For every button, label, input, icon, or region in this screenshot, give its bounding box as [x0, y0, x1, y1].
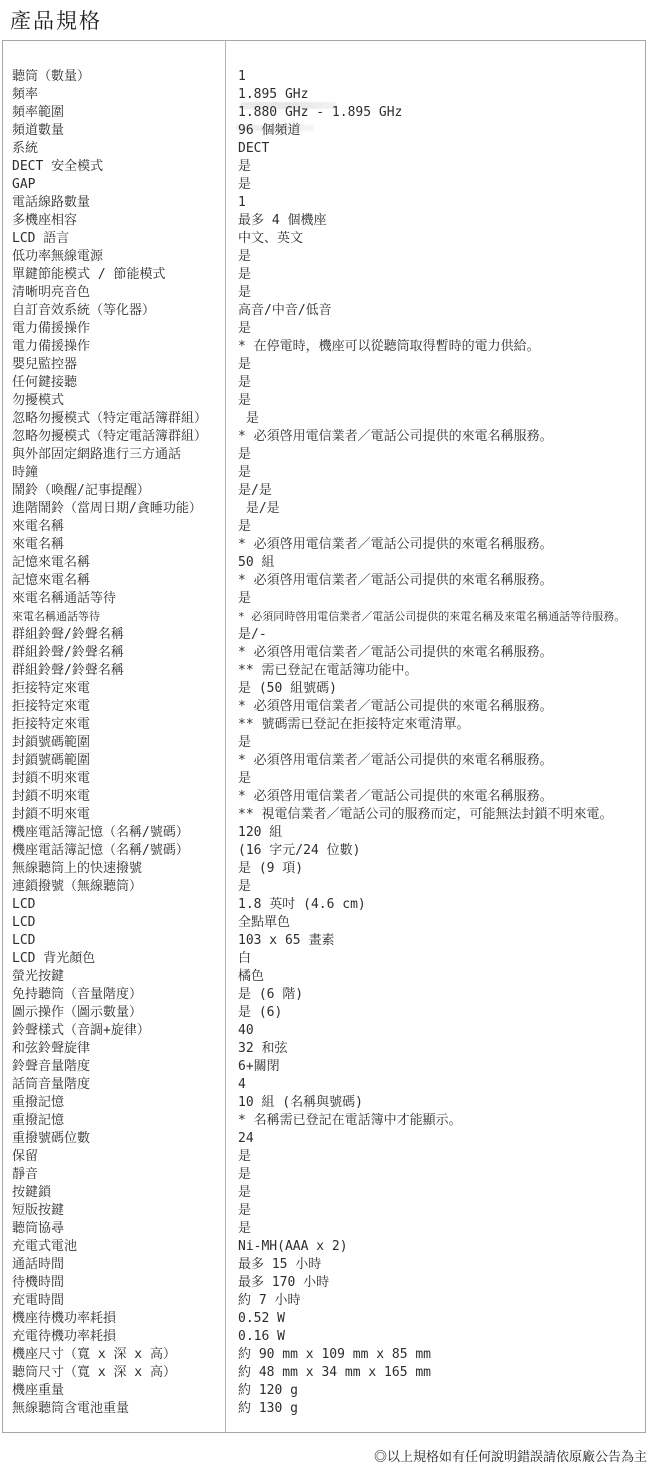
spec-label: 拒接特定來電 — [3, 680, 225, 698]
table-row: 忽略勿擾模式（特定電話簿群組）* 必須啓用電信業者／電話公司提供的來電名稱服務。 — [3, 428, 645, 446]
spec-label: 封鎖不明來電 — [3, 770, 225, 788]
table-row: 自訂音效系統（等化器）高音/中音/低音 — [3, 302, 645, 320]
spec-value: 1 — [225, 68, 645, 86]
spec-label: 系統 — [3, 140, 225, 158]
table-row: 拒接特定來電** 號碼需已登記在拒接特定來電清單。 — [3, 716, 645, 734]
spec-label: 通話時間 — [3, 1256, 225, 1274]
table-row: 和弦鈴聲旋律32 和弦 — [3, 1040, 645, 1058]
table-row: 群組鈴聲/鈴聲名稱** 需已登記在電話簿功能中。 — [3, 662, 645, 680]
spec-label: 充電待機功率耗損 — [3, 1328, 225, 1346]
spec-value: 最多 4 個機座 — [225, 212, 645, 230]
spec-value: 1.895 GHz — [225, 86, 645, 104]
spec-label: LCD — [3, 932, 225, 950]
spec-value: 全點單色 — [225, 914, 645, 932]
spec-value: * 在停電時，機座可以從聽筒取得暫時的電力供給。 — [225, 338, 645, 356]
spec-label: 封鎖不明來電 — [3, 806, 225, 824]
spec-value: 1.880 GHz - 1.895 GHz — [225, 104, 645, 122]
spec-label: 話筒音量階度 — [3, 1076, 225, 1094]
table-row: LCD103 x 65 畫素 — [3, 932, 645, 950]
table-row: 免持聽筒（音量階度）是 (6 階) — [3, 986, 645, 1004]
spec-value: 中文、英文 — [225, 230, 645, 248]
spec-value: 是/是 — [225, 482, 645, 500]
table-row: 電力備援操作* 在停電時，機座可以從聽筒取得暫時的電力供給。 — [3, 338, 645, 356]
spec-value: 24 — [225, 1130, 645, 1148]
table-row: 電話線路數量1 — [3, 194, 645, 212]
spec-label: LCD 語言 — [3, 230, 225, 248]
spec-label: 拒接特定來電 — [3, 698, 225, 716]
table-row: 保留是 — [3, 1148, 645, 1166]
table-row: LCD 背光顏色白 — [3, 950, 645, 968]
table-row: 機座待機功率耗損0.52 W — [3, 1310, 645, 1328]
table-row: 短版按鍵是 — [3, 1202, 645, 1220]
table-row: 通話時間最多 15 小時 — [3, 1256, 645, 1274]
spec-value: 1 — [225, 194, 645, 212]
table-row: 頻率1.895 GHz — [3, 86, 645, 104]
spec-value: 40 — [225, 1022, 645, 1040]
spec-label: 與外部固定網路進行三方通話 — [3, 446, 225, 464]
spec-value: 是 (9 項) — [225, 860, 645, 878]
table-row: 螢光按鍵橘色 — [3, 968, 645, 986]
spec-label: 頻率範圍 — [3, 104, 225, 122]
table-row: 低功率無線電源是 — [3, 248, 645, 266]
spec-label: 頻道數量 — [3, 122, 225, 140]
spec-value: 是 — [225, 1202, 645, 1220]
spec-value: 1.8 英吋 (4.6 cm) — [225, 896, 645, 914]
spec-label: 電力備援操作 — [3, 338, 225, 356]
spec-value: 是 — [225, 464, 645, 482]
table-row: LCD全點單色 — [3, 914, 645, 932]
spec-label: 勿擾模式 — [3, 392, 225, 410]
spec-sheet-page: 產品規格 聽筒（數量）1頻率1.895 GHz頻率範圍1.880 GHz - 1… — [0, 0, 650, 1482]
table-row: 拒接特定來電是 (50 組號碼) — [3, 680, 645, 698]
spec-label: 重撥記憶 — [3, 1094, 225, 1112]
table-row: 靜音是 — [3, 1166, 645, 1184]
spec-label: 機座電話簿記憶（名稱/號碼） — [3, 842, 225, 860]
spec-value: 是 — [225, 734, 645, 752]
spec-value: * 必須啓用電信業者／電話公司提供的來電名稱服務。 — [225, 428, 645, 446]
spec-label: 機座重量 — [3, 1382, 225, 1400]
spec-label: 機座尺寸（寬 x 深 x 高） — [3, 1346, 225, 1364]
table-row: 機座尺寸（寬 x 深 x 高）約 90 mm x 109 mm x 85 mm — [3, 1346, 645, 1364]
spec-value: 約 120 g — [225, 1382, 645, 1400]
spec-value: 6+關閉 — [225, 1058, 645, 1076]
spec-label: 忽略勿擾模式（特定電話簿群組） — [3, 428, 225, 446]
spec-value: 4 — [225, 1076, 645, 1094]
table-row: 聽筒協尋是 — [3, 1220, 645, 1238]
spec-label: 螢光按鍵 — [3, 968, 225, 986]
table-row: 封鎖不明來電* 必須啓用電信業者／電話公司提供的來電名稱服務。 — [3, 788, 645, 806]
spec-label: 群組鈴聲/鈴聲名稱 — [3, 662, 225, 680]
spec-label: 機座待機功率耗損 — [3, 1310, 225, 1328]
spec-value: 最多 170 小時 — [225, 1274, 645, 1292]
spec-value: 是 — [225, 410, 645, 428]
spec-label: 機座電話簿記憶（名稱/號碼） — [3, 824, 225, 842]
table-row: 無線聽筒上的快速撥號是 (9 項) — [3, 860, 645, 878]
table-row: 任何鍵接聽是 — [3, 374, 645, 392]
spec-value: 高音/中音/低音 — [225, 302, 645, 320]
spec-label: 清晰明亮音色 — [3, 284, 225, 302]
spec-label: 待機時間 — [3, 1274, 225, 1292]
spec-value: 50 組 — [225, 554, 645, 572]
table-row: 充電時間約 7 小時 — [3, 1292, 645, 1310]
spec-label: 免持聽筒（音量階度） — [3, 986, 225, 1004]
spec-label: 記憶來電名稱 — [3, 572, 225, 590]
spec-label: 任何鍵接聽 — [3, 374, 225, 392]
spec-value: 是 — [225, 320, 645, 338]
table-row: 連鎖撥號（無線聽筒）是 — [3, 878, 645, 896]
spec-value: 是 — [225, 356, 645, 374]
spec-label: 靜音 — [3, 1166, 225, 1184]
table-row: 多機座相容最多 4 個機座 — [3, 212, 645, 230]
spec-rows: 聽筒（數量）1頻率1.895 GHz頻率範圍1.880 GHz - 1.895 … — [3, 41, 645, 1432]
table-row: 電力備援操作是 — [3, 320, 645, 338]
table-row: 時鐘是 — [3, 464, 645, 482]
spec-label: DECT 安全模式 — [3, 158, 225, 176]
table-row: 鈴聲音量階度6+關閉 — [3, 1058, 645, 1076]
spec-value: 是 — [225, 176, 645, 194]
spec-label: 無線聽筒含電池重量 — [3, 1400, 225, 1418]
table-row: 群組鈴聲/鈴聲名稱是/- — [3, 626, 645, 644]
spec-label: 來電名稱 — [3, 518, 225, 536]
spec-value: 是 — [225, 266, 645, 284]
spec-label: 多機座相容 — [3, 212, 225, 230]
spec-value: * 必須啓用電信業者／電話公司提供的來電名稱服務。 — [225, 752, 645, 770]
spec-label: 鈴聲音量階度 — [3, 1058, 225, 1076]
spec-label: 嬰兒監控器 — [3, 356, 225, 374]
spec-label: 來電名稱 — [3, 536, 225, 554]
table-row: 群組鈴聲/鈴聲名稱* 必須啓用電信業者／電話公司提供的來電名稱服務。 — [3, 644, 645, 662]
spec-value: ** 視電信業者／電話公司的服務而定，可能無法封鎖不明來電。 — [225, 806, 645, 824]
table-row: 機座重量約 120 g — [3, 1382, 645, 1400]
table-row: 封鎖不明來電是 — [3, 770, 645, 788]
table-row: 機座電話簿記憶（名稱/號碼）(16 字元/24 位數) — [3, 842, 645, 860]
spec-value: 是 (50 組號碼) — [225, 680, 645, 698]
spec-value: 約 130 g — [225, 1400, 645, 1418]
table-row: 頻率範圍1.880 GHz - 1.895 GHz — [3, 104, 645, 122]
spec-label: 聽筒協尋 — [3, 1220, 225, 1238]
table-row: 拒接特定來電* 必須啓用電信業者／電話公司提供的來電名稱服務。 — [3, 698, 645, 716]
spec-label: 電力備援操作 — [3, 320, 225, 338]
spec-value: 是 — [225, 1220, 645, 1238]
spec-label: 頻率 — [3, 86, 225, 104]
spec-label: 單鍵節能模式 / 節能模式 — [3, 266, 225, 284]
spec-label: 鈴聲樣式（音調+旋律） — [3, 1022, 225, 1040]
spec-value: 是 (6) — [225, 1004, 645, 1022]
table-row: 勿擾模式是 — [3, 392, 645, 410]
spec-label: 封鎖號碼範圍 — [3, 752, 225, 770]
table-row: 待機時間最多 170 小時 — [3, 1274, 645, 1292]
spec-value: 96 個頻道 — [225, 122, 645, 140]
table-row: 重撥記憶10 組 (名稱與號碼) — [3, 1094, 645, 1112]
table-row: 重撥號碼位數24 — [3, 1130, 645, 1148]
table-row: 封鎖號碼範圍是 — [3, 734, 645, 752]
spec-label: 記憶來電名稱 — [3, 554, 225, 572]
spec-value: * 必須啓用電信業者／電話公司提供的來電名稱服務。 — [225, 572, 645, 590]
table-row: GAP是 — [3, 176, 645, 194]
spec-label: 自訂音效系統（等化器） — [3, 302, 225, 320]
spec-label: 來電名稱通話等待 — [3, 590, 225, 608]
spec-label: 忽略勿擾模式（特定電話簿群組） — [3, 410, 225, 428]
spec-value: 橘色 — [225, 968, 645, 986]
spec-value: * 必須啓用電信業者／電話公司提供的來電名稱服務。 — [225, 536, 645, 554]
spec-value: * 必須同時啓用電信業者／電話公司提供的來電名稱及來電名稱通話等待服務。 — [225, 608, 645, 626]
spec-value: 是/- — [225, 626, 645, 644]
table-row: 鈴聲樣式（音調+旋律）40 — [3, 1022, 645, 1040]
table-row: 記憶來電名稱50 組 — [3, 554, 645, 572]
spec-value: 最多 15 小時 — [225, 1256, 645, 1274]
table-row: 進階鬧鈴（當周日期/貪睡功能） 是/是 — [3, 500, 645, 518]
table-row: 來電名稱是 — [3, 518, 645, 536]
spec-value: 是 (6 階) — [225, 986, 645, 1004]
table-row: LCD1.8 英吋 (4.6 cm) — [3, 896, 645, 914]
spec-value: 約 90 mm x 109 mm x 85 mm — [225, 1346, 645, 1364]
spec-label: 連鎖撥號（無線聽筒） — [3, 878, 225, 896]
table-row: 充電待機功率耗損0.16 W — [3, 1328, 645, 1346]
table-row: 來電名稱通話等待是 — [3, 590, 645, 608]
spec-label: 充電式電池 — [3, 1238, 225, 1256]
spec-value: 是 — [225, 878, 645, 896]
table-row: 鬧鈴（喚醒/記事提醒）是/是 — [3, 482, 645, 500]
spec-label: LCD — [3, 914, 225, 932]
spec-label: 充電時間 — [3, 1292, 225, 1310]
spec-label: 和弦鈴聲旋律 — [3, 1040, 225, 1058]
spec-table: 聽筒（數量）1頻率1.895 GHz頻率範圍1.880 GHz - 1.895 … — [2, 40, 646, 1433]
table-row: LCD 語言中文、英文 — [3, 230, 645, 248]
table-row: 與外部固定網路進行三方通話是 — [3, 446, 645, 464]
spec-label: 群組鈴聲/鈴聲名稱 — [3, 644, 225, 662]
table-row: 封鎖不明來電** 視電信業者／電話公司的服務而定，可能無法封鎖不明來電。 — [3, 806, 645, 824]
spec-label: 低功率無線電源 — [3, 248, 225, 266]
table-row: 忽略勿擾模式（特定電話簿群組） 是 — [3, 410, 645, 428]
spec-label: 進階鬧鈴（當周日期/貪睡功能） — [3, 500, 225, 518]
spec-value: Ni-MH(AAA x 2) — [225, 1238, 645, 1256]
spec-label: 圖示操作（圖示數量） — [3, 1004, 225, 1022]
spec-value: 是 — [225, 770, 645, 788]
spec-label: 電話線路數量 — [3, 194, 225, 212]
spec-value: 0.52 W — [225, 1310, 645, 1328]
spec-label: 聽筒（數量） — [3, 68, 225, 86]
spec-value: 是 — [225, 446, 645, 464]
spec-label: 鬧鈴（喚醒/記事提醒） — [3, 482, 225, 500]
spec-label: LCD — [3, 896, 225, 914]
table-row: 來電名稱* 必須啓用電信業者／電話公司提供的來電名稱服務。 — [3, 536, 645, 554]
spec-value: ** 需已登記在電話簿功能中。 — [225, 662, 645, 680]
table-row: 來電名稱通話等待* 必須同時啓用電信業者／電話公司提供的來電名稱及來電名稱通話等… — [3, 608, 645, 626]
spec-value: 是 — [225, 518, 645, 536]
table-row: 機座電話簿記憶（名稱/號碼）120 組 — [3, 824, 645, 842]
spec-label: 保留 — [3, 1148, 225, 1166]
spec-value: 是 — [225, 392, 645, 410]
spec-value: 是 — [225, 1148, 645, 1166]
spec-value: * 必須啓用電信業者／電話公司提供的來電名稱服務。 — [225, 788, 645, 806]
spec-label: 重撥號碼位數 — [3, 1130, 225, 1148]
spec-label: 時鐘 — [3, 464, 225, 482]
spec-label: 拒接特定來電 — [3, 716, 225, 734]
spec-label: 來電名稱通話等待 — [3, 608, 225, 626]
table-row: 無線聽筒含電池重量約 130 g — [3, 1400, 645, 1418]
spec-value: 10 組 (名稱與號碼) — [225, 1094, 645, 1112]
table-row: 充電式電池Ni-MH(AAA x 2) — [3, 1238, 645, 1256]
spec-value: 32 和弦 — [225, 1040, 645, 1058]
spec-value: 是 — [225, 248, 645, 266]
spec-label: 短版按鍵 — [3, 1202, 225, 1220]
table-row: 系統DECT — [3, 140, 645, 158]
spec-value: 是 — [225, 158, 645, 176]
spec-label: 聽筒尺寸（寬 x 深 x 高） — [3, 1364, 225, 1382]
spec-value: (16 字元/24 位數) — [225, 842, 645, 860]
spec-label: 封鎖號碼範圍 — [3, 734, 225, 752]
spec-value: 約 7 小時 — [225, 1292, 645, 1310]
spec-label: LCD 背光顏色 — [3, 950, 225, 968]
spec-value: 是/是 — [225, 500, 645, 518]
table-row: 記憶來電名稱* 必須啓用電信業者／電話公司提供的來電名稱服務。 — [3, 572, 645, 590]
table-row: 話筒音量階度4 — [3, 1076, 645, 1094]
table-row: 聽筒尺寸（寬 x 深 x 高）約 48 mm x 34 mm x 165 mm — [3, 1364, 645, 1382]
spec-label: 封鎖不明來電 — [3, 788, 225, 806]
spec-value: 白 — [225, 950, 645, 968]
spec-value: 0.16 W — [225, 1328, 645, 1346]
spec-value: 是 — [225, 284, 645, 302]
spec-value: DECT — [225, 140, 645, 158]
table-row: 按鍵鎖是 — [3, 1184, 645, 1202]
spec-value: 是 — [225, 374, 645, 392]
table-row: 圖示操作（圖示數量）是 (6) — [3, 1004, 645, 1022]
page-title: 產品規格 — [10, 5, 102, 35]
table-row: 單鍵節能模式 / 節能模式是 — [3, 266, 645, 284]
spec-label: 重撥記憶 — [3, 1112, 225, 1130]
table-row: 聽筒（數量）1 — [3, 68, 645, 86]
spec-label: 無線聽筒上的快速撥號 — [3, 860, 225, 878]
table-row: 嬰兒監控器是 — [3, 356, 645, 374]
spec-value: 120 組 — [225, 824, 645, 842]
spec-value: * 必須啓用電信業者／電話公司提供的來電名稱服務。 — [225, 698, 645, 716]
spec-value: ** 號碼需已登記在拒接特定來電清單。 — [225, 716, 645, 734]
spec-label: GAP — [3, 176, 225, 194]
table-row: DECT 安全模式是 — [3, 158, 645, 176]
table-row: 清晰明亮音色是 — [3, 284, 645, 302]
spec-value: 是 — [225, 1184, 645, 1202]
spec-label: 按鍵鎖 — [3, 1184, 225, 1202]
spec-value: 103 x 65 畫素 — [225, 932, 645, 950]
spec-value: 是 — [225, 1166, 645, 1184]
spec-label: 群組鈴聲/鈴聲名稱 — [3, 626, 225, 644]
table-row: 重撥記憶* 名稱需已登記在電話簿中才能顯示。 — [3, 1112, 645, 1130]
spec-value: 是 — [225, 590, 645, 608]
spec-value: * 名稱需已登記在電話簿中才能顯示。 — [225, 1112, 645, 1130]
footer-disclaimer: ◎以上規格如有任何說明錯誤請依原廠公告為主 — [374, 1446, 647, 1465]
table-row: 頻道數量96 個頻道 — [3, 122, 645, 140]
table-row: 封鎖號碼範圍* 必須啓用電信業者／電話公司提供的來電名稱服務。 — [3, 752, 645, 770]
spec-value: 約 48 mm x 34 mm x 165 mm — [225, 1364, 645, 1382]
spec-value: * 必須啓用電信業者／電話公司提供的來電名稱服務。 — [225, 644, 645, 662]
